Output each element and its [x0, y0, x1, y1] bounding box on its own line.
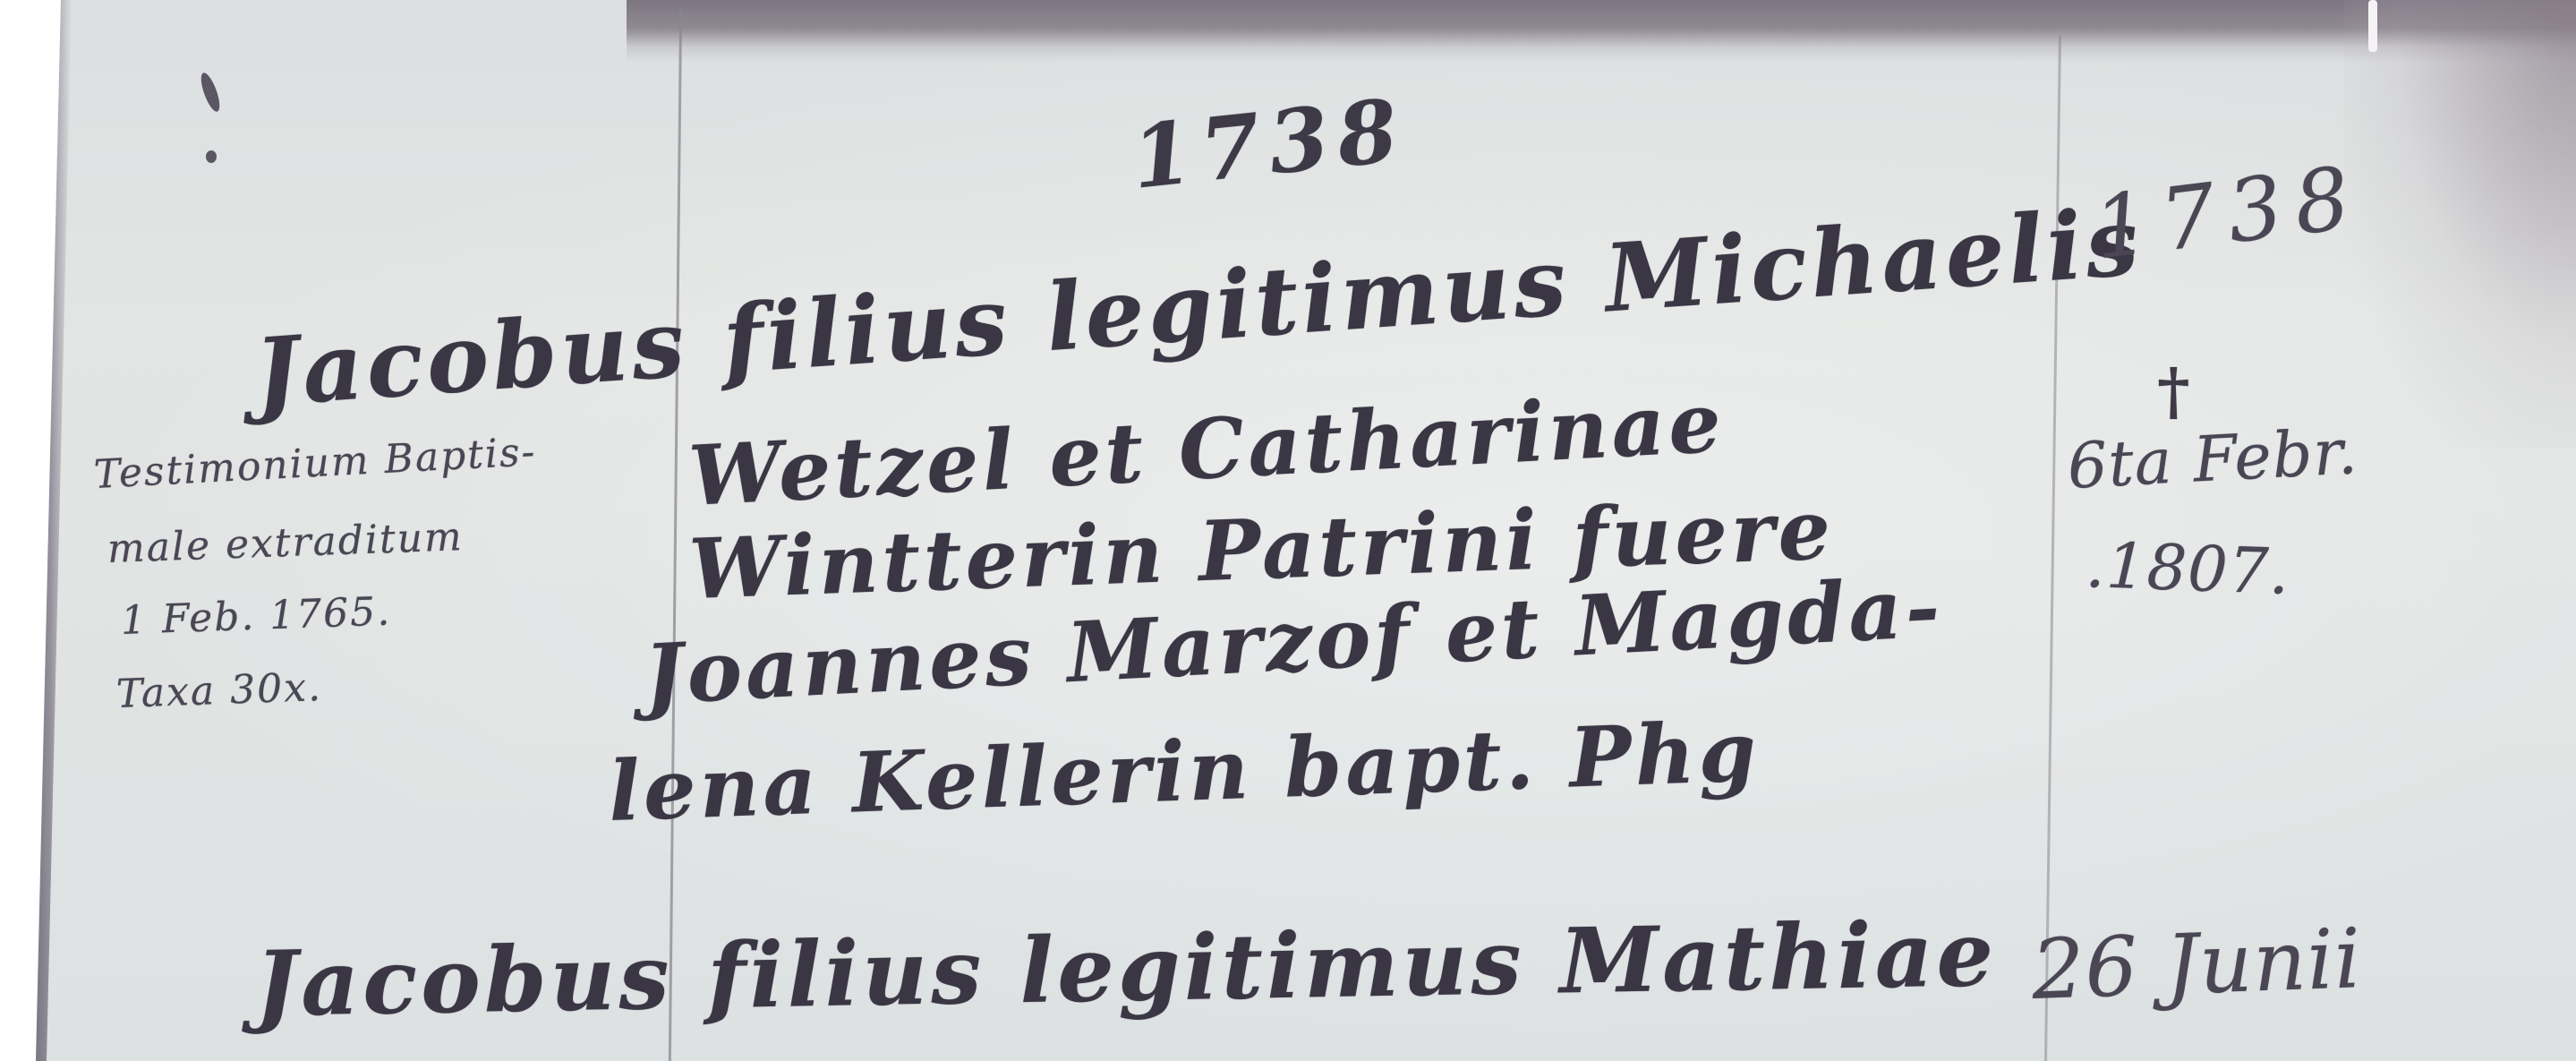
margin-note-line: Taxa 30x. [115, 664, 323, 717]
baptism-date: 26 Junii [2030, 911, 2363, 1018]
page-top-shadow [627, 0, 2576, 63]
margin-note-line: 1 Feb. 1765. [120, 588, 392, 644]
death-date: 6ta Febr. [2066, 415, 2360, 503]
register-page-photo: 1738 Testimonium Baptis- male extraditum… [0, 0, 2576, 1061]
ink-dot [206, 150, 217, 163]
death-cross-icon: † [2157, 354, 2191, 428]
light-glare [2368, 0, 2377, 52]
corner-shadow [2343, 0, 2576, 448]
death-year: .1807. [2085, 528, 2291, 609]
